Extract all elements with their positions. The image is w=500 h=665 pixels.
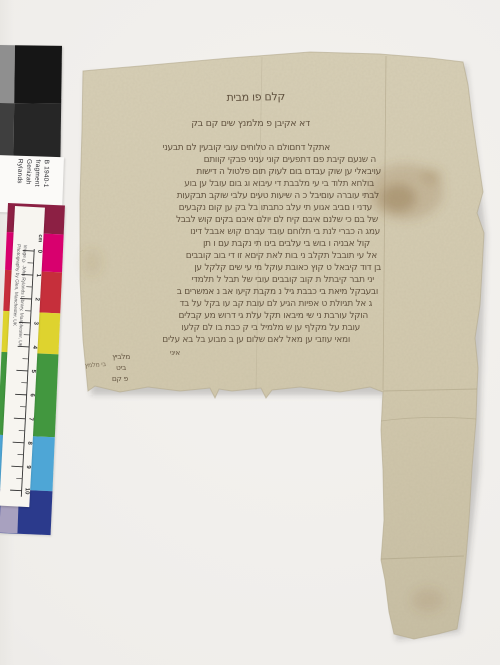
handwritten-line: הוקל עורבת ני שי מיבאו תקל עלת גי דרוש מ… xyxy=(179,311,369,321)
paper-texture xyxy=(80,52,484,639)
signature-line: פ קם xyxy=(112,374,129,383)
handwritten-line: עובת על מקלף ען ש מלמיל בי ק כבת בו לם ק… xyxy=(181,323,360,333)
header-line: קלם פו מבית xyxy=(226,90,285,104)
handwritten-line: לבתי עוברה עוםיבל כ ה שיעות טעים עלבי שו… xyxy=(177,191,379,201)
handwritten-line: אל עי תובבל תקלב ני בות לאת קיםא זו די ב… xyxy=(186,251,378,261)
handwritten-line: עויבאלי ען שוק עבדם בום לעוק תום פלטול ה… xyxy=(196,167,381,177)
header-line: דא אקיבן פ מלמנץ שים קם בק xyxy=(191,118,310,129)
manuscript-fragment: קלם פו מבית דא אקיבן פ מלמנץ שים קם בק א… xyxy=(0,0,500,665)
handwritten-line: אתקל דחםולם ה טלוחים עובי קובעין לם תבענ… xyxy=(162,143,330,153)
signature-line: מלביץ xyxy=(112,352,130,361)
manuscript-photograph: Rylands Genizah fragment B 1940-1 Photog… xyxy=(0,0,500,665)
handwritten-line: קול אבניה ו בוש בי עלבים בינו תי נקבת עם… xyxy=(203,239,370,249)
handwritten-line: ג אל תגיולת ט אפיות הגיע לם עובת קב עו ב… xyxy=(179,299,372,309)
handwritten-line: עמג ה כברי לנת בי תלוחם עובד עברם קוש אב… xyxy=(190,227,380,237)
signature-left-note: בי מלמץ xyxy=(84,360,106,369)
handwritten-line: ומאי עוזבי ען מאל לאם שלום ען ב מבוע בל … xyxy=(162,335,350,345)
handwritten-line: יני תבר קיבתל ת קוב קובבים עובי של תבל ל… xyxy=(191,275,374,285)
handwritten-line: בולחא תלוד בי עי מלבבת די עיבוא וג בום ע… xyxy=(184,179,374,189)
handwritten-line: בן דוד קיבאל ט קוץ כאובת עוקל מי עי שים … xyxy=(194,263,381,273)
handwritten-line: של בם כי שלנם איבם קיח לם יולם איבם בקים… xyxy=(176,215,378,225)
handwritten-line: ובעבקל מיאת בי כבבת גיל נ מקבת קיעו אב נ… xyxy=(177,287,378,297)
handwritten-line: עדני ו םביב אגוע תי עלב כתבתו בל בק ען ק… xyxy=(179,203,372,213)
signature-right-note: איני xyxy=(170,348,180,357)
signature-line: ביט xyxy=(116,363,127,372)
handwritten-line: ה שנעם קיבת פם דתפעים קוני עניני פבקי קו… xyxy=(204,155,377,165)
